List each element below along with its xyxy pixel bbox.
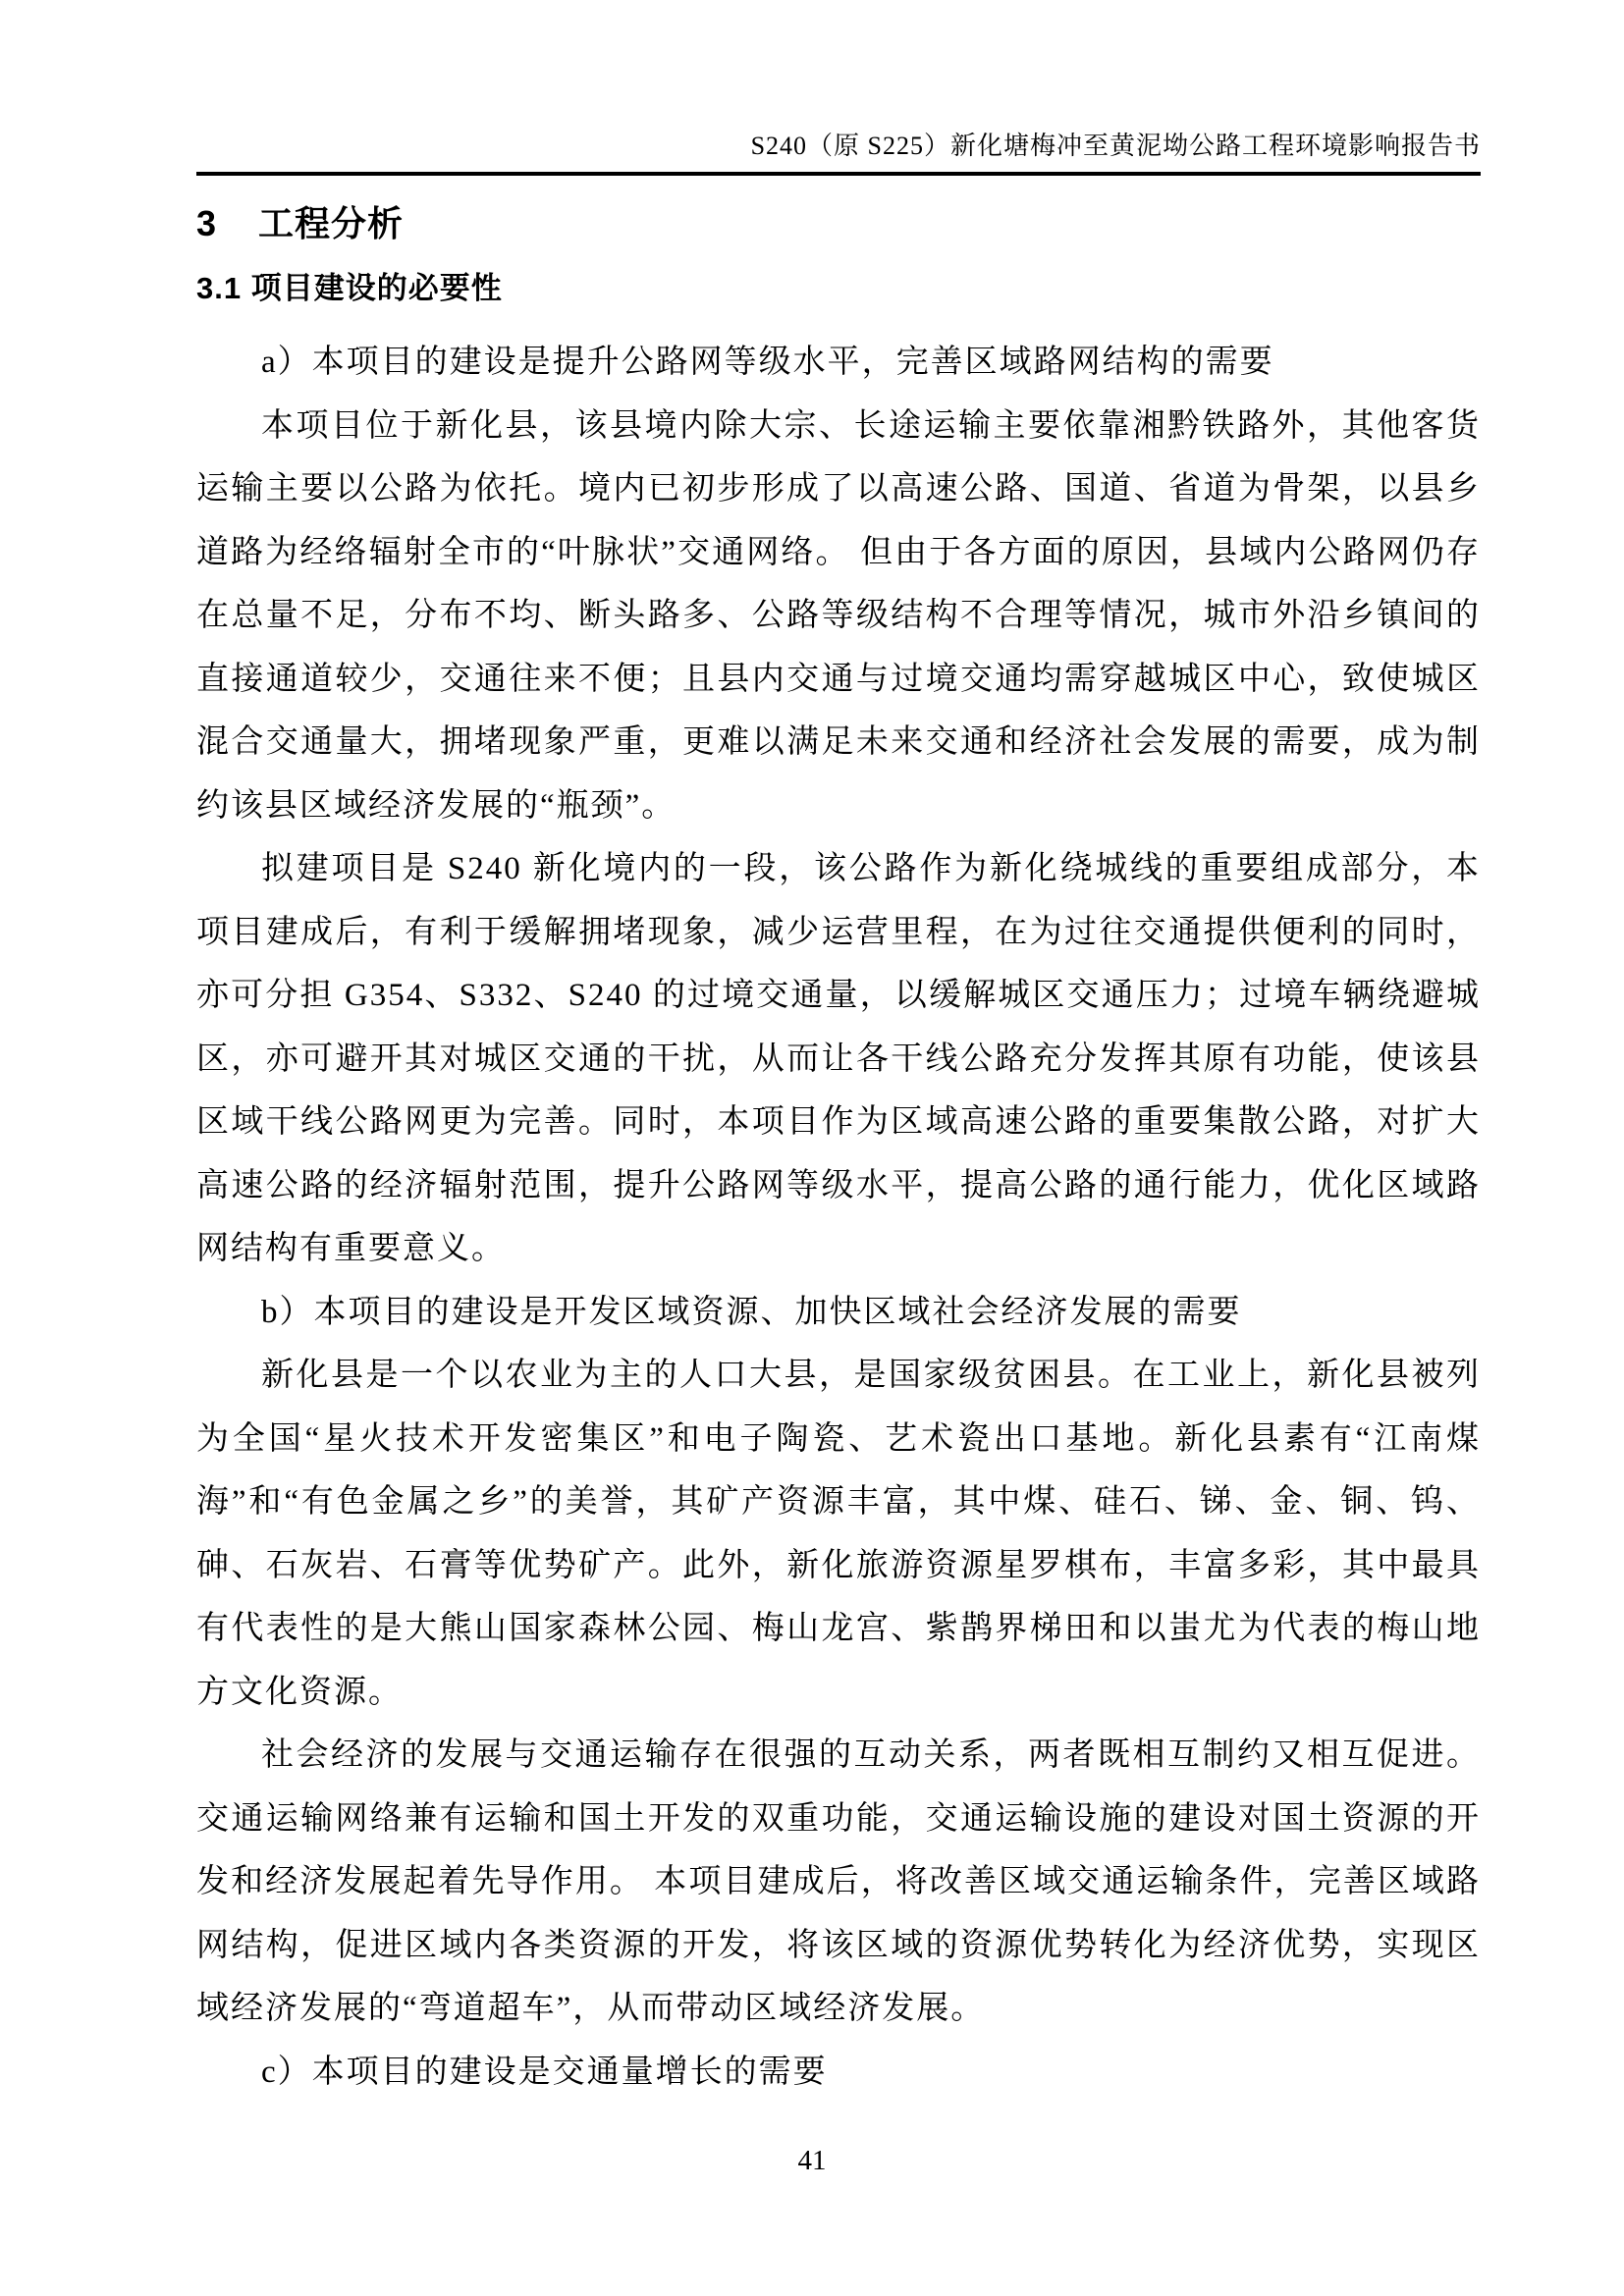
page-number: 41 [0,2146,1624,2177]
section-number: 3 [196,203,217,243]
page-header-title: S240（原 S225）新化塘梅冲至黄泥坳公路工程环境影响报告书 [0,0,1624,163]
document-content: 3工程分析 3.1 项目建设的必要性 a）本项目的建设是提升公路网等级水平，完善… [196,205,1481,2104]
body-paragraph: 拟建项目是 S240 新化境内的一段，该公路作为新化绕城线的重要组成部分，本项目… [196,837,1481,1281]
body-paragraph: 社会经济的发展与交通运输存在很强的互动关系，两者既相互制约又相互促进。交通运输网… [196,1724,1481,2041]
header-rule [196,172,1481,176]
subsection-heading: 3.1 项目建设的必要性 [196,273,1481,305]
body-paragraph: 本项目位于新化县，该县境内除大宗、长途运输主要依靠湘黔铁路外，其他客货运输主要以… [196,395,1481,838]
section-title: 工程分析 [258,203,404,243]
body-paragraph: 新化县是一个以农业为主的人口大县，是国家级贫困县。在工业上，新化县被列为全国“星… [196,1344,1481,1724]
body-paragraph: a）本项目的建设是提升公路网等级水平，完善区域路网结构的需要 [196,331,1481,395]
body-paragraph: b）本项目的建设是开发区域资源、加快区域社会经济发展的需要 [196,1281,1481,1345]
section-heading: 3工程分析 [196,205,1481,242]
document-page: S240（原 S225）新化塘梅冲至黄泥坳公路工程环境影响报告书 3工程分析 3… [0,0,1624,2296]
body-paragraph: c）本项目的建设是交通量增长的需要 [196,2041,1481,2105]
body-text: a）本项目的建设是提升公路网等级水平，完善区域路网结构的需要 本项目位于新化县，… [196,331,1481,2104]
